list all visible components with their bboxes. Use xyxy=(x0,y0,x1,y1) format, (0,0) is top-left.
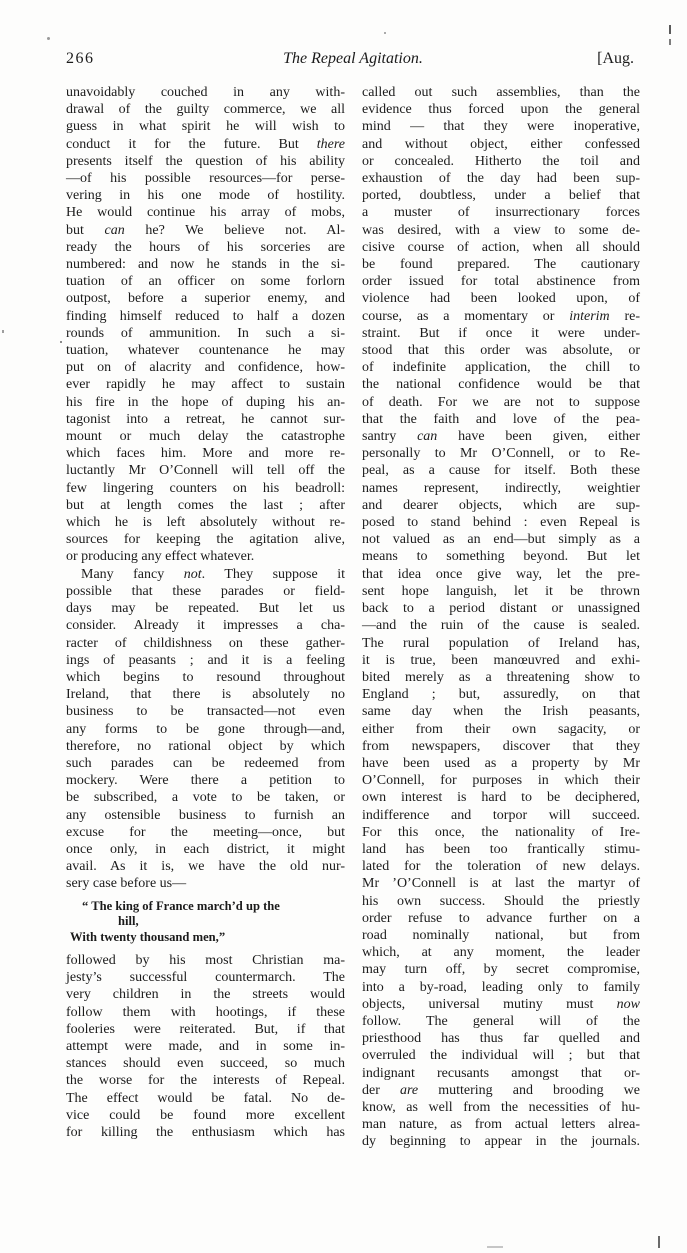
text-line: indifference and torpor will succeed. xyxy=(362,807,640,824)
text-line: tuation of an officer on some forlorn xyxy=(66,273,345,290)
page-title: The Repeal Agitation. xyxy=(66,50,640,68)
text-line: any forms to be gone through—and, xyxy=(66,721,345,738)
text-line: man nature, as from actual letters alrea… xyxy=(362,1116,640,1133)
text-line: few lingering counters on his beadroll: xyxy=(66,480,345,497)
text-line: and without object, either confessed xyxy=(362,136,640,153)
text-line: of indefinite application, the chill to xyxy=(362,359,640,376)
text-line: tuation, whatever countenance he may xyxy=(66,342,345,359)
scan-artifact xyxy=(669,39,671,45)
text-line: cisive course of action, when all should xyxy=(362,239,640,256)
text-line: The rural population of Ireland has, xyxy=(362,635,640,652)
text-line: a muster of insurrectionary forces xyxy=(362,204,640,221)
scanned-page: 266 The Repeal Agitation. [Aug. unavoida… xyxy=(0,0,687,1253)
text-line: called out such assemblies, than the xyxy=(362,84,640,101)
text-line: business to be transacted—not even xyxy=(66,703,345,720)
text-line: guess in what spirit he will wish to xyxy=(66,118,345,135)
text-line: his own success. Should the priestly xyxy=(362,893,640,910)
scan-artifact xyxy=(2,330,4,333)
text-line: conduct it for the future. But there xyxy=(66,136,345,153)
text-line: “ The king of France march’d up the xyxy=(66,899,345,915)
text-line: With twenty thousand men,” xyxy=(66,930,345,946)
text-line: the worse for the interests of Repeal. xyxy=(66,1072,345,1089)
text-line: land has been too frantically stimu- xyxy=(362,841,640,858)
text-line: followed by his most Christian ma- xyxy=(66,952,345,969)
text-line: outpost, before a superior enemy, and xyxy=(66,290,345,307)
text-line: follow. The general will of the xyxy=(362,1013,640,1030)
text-line: ever rapidly he may affect to sustain xyxy=(66,376,345,393)
text-line: it is true, been manœuvred and exhi- xyxy=(362,652,640,669)
text-line: tagonist into a retreat, he cannot sur- xyxy=(66,411,345,428)
text-line: that idea once give way, let the pre- xyxy=(362,566,640,583)
text-line: therefore, no rational object by which xyxy=(66,738,345,755)
text-line: drawal of the guilty commerce, we all xyxy=(66,101,345,118)
text-line: any ostensible business to furnish an xyxy=(66,807,345,824)
text-line: have been used as a property by Mr xyxy=(362,755,640,772)
text-line: vering in his one mode of hostility. xyxy=(66,187,345,204)
text-line: O’Connell, for purposes in which their xyxy=(362,772,640,789)
text-line: Many fancy not. They suppose it xyxy=(66,566,345,583)
text-line: order issued for total abstinence from xyxy=(362,273,640,290)
text-line: dy beginning to appear in the journals. xyxy=(362,1133,640,1150)
text-line: violence had been looked upon, of xyxy=(362,290,640,307)
text-line: priesthood has thus far quelled and xyxy=(362,1030,640,1047)
text-line: means to something beyond. But let xyxy=(362,548,640,565)
text-line: ings of peasants ; and it is a feeling xyxy=(66,652,345,669)
text-line: objects, universal mutiny must now xyxy=(362,996,640,1013)
text-line: bited merely as a threatening show to xyxy=(362,669,640,686)
text-line: either from their own sagacity, or xyxy=(362,721,640,738)
text-line: luctantly Mr O’Connell will tell off the xyxy=(66,462,345,479)
text-line: not valued as an end—but simply as a xyxy=(362,531,640,548)
text-line: course, as a momentary or interim re- xyxy=(362,308,640,325)
text-line: road nominally national, but from xyxy=(362,927,640,944)
text-line: stances should even succeed, so much xyxy=(66,1055,345,1072)
scan-artifact xyxy=(60,341,62,343)
text-line: For this once, the nationality of Ire- xyxy=(362,824,640,841)
text-line: be subscribed, a vote to be taken, or xyxy=(66,789,345,806)
verse-quote: “ The king of France march’d up thehill,… xyxy=(66,899,345,946)
text-line: may turn off, by secret compromise, xyxy=(362,961,640,978)
text-line: England ; but, assuredly, on that xyxy=(362,686,640,703)
text-line: for killing the enthusiasm which has xyxy=(66,1124,345,1141)
text-line: —of his possible resources—for perse- xyxy=(66,170,345,187)
text-line: avail. As it is, we have the old nur- xyxy=(66,858,345,875)
text-line: Ireland, that there is absolutely no xyxy=(66,686,345,703)
text-line: presents itself the question of his abil… xyxy=(66,153,345,170)
text-line: vice could be found more excellent xyxy=(66,1107,345,1124)
text-line: —and the ruin of the cause is sealed. xyxy=(362,617,640,634)
text-line: sery case before us— xyxy=(66,875,345,892)
text-line: was desired, with a view to some de- xyxy=(362,222,640,239)
text-line: his fire in the hope of duping his an- xyxy=(66,394,345,411)
text-line: personally to Mr O’Connell, or to Re- xyxy=(362,445,640,462)
text-line: peal, as a cause for itself. Both these xyxy=(362,462,640,479)
text-line: evidence thus forced upon the general xyxy=(362,101,640,118)
column-right: called out such assemblies, than theevid… xyxy=(362,84,640,1151)
text-line: which begins to resound throughout xyxy=(66,669,345,686)
text-line: and dearer objects, which are sup- xyxy=(362,497,640,514)
text-line: unavoidably couched in any with- xyxy=(66,84,345,101)
text-line: ported, doubtless, under a belief that xyxy=(362,187,640,204)
text-line: He would continue his array of mobs, xyxy=(66,204,345,221)
text-line: sent hope languish, let it be thrown xyxy=(362,583,640,600)
paragraph: Many fancy not. They suppose itpossible … xyxy=(66,566,345,893)
text-line: the national confidence would be that xyxy=(362,376,640,393)
page-header: 266 The Repeal Agitation. [Aug. xyxy=(66,50,640,70)
text-line: such parades can be redeemed from xyxy=(66,755,345,772)
text-line: numbered: and now he stands in the si- xyxy=(66,256,345,273)
paragraph: followed by his most Christian ma-jesty’… xyxy=(66,952,345,1141)
text-line: excuse for the meeting—once, but xyxy=(66,824,345,841)
text-line: once only, in each district, it might xyxy=(66,841,345,858)
text-line: rounds of ammunition. In such a si- xyxy=(66,325,345,342)
text-line: same day when the Irish peasants, xyxy=(362,703,640,720)
text-line: stood that this order was absolute, or xyxy=(362,342,640,359)
text-line: which he is left absolutely without re- xyxy=(66,514,345,531)
text-line: indignant recusants amongst that or- xyxy=(362,1065,640,1082)
text-line: own interest is hard to be deciphered, xyxy=(362,789,640,806)
text-line: mind — that they were inoperative, xyxy=(362,118,640,135)
text-line: overruled the individual will ; but that xyxy=(362,1047,640,1064)
text-line: santry can have been given, either xyxy=(362,428,640,445)
text-line: lated for the toleration of new delays. xyxy=(362,858,640,875)
text-line: back to a period distant or unassigned xyxy=(362,600,640,617)
text-line: into a by-road, leading only to family xyxy=(362,979,640,996)
text-line: order refuse to advance further on a xyxy=(362,910,640,927)
paragraph: called out such assemblies, than theevid… xyxy=(362,84,640,1151)
text-line: but can he? We believe not. Al- xyxy=(66,222,345,239)
paragraph: unavoidably couched in any with-drawal o… xyxy=(66,84,345,566)
text-line: be found prepared. The cautionary xyxy=(362,256,640,273)
text-line: sources for keeping the agitation alive, xyxy=(66,531,345,548)
date-marker: [Aug. xyxy=(597,50,634,68)
text-line: or producing any effect whatever. xyxy=(66,548,345,565)
text-line: posed to stand behind : even Repeal is xyxy=(362,514,640,531)
text-line: names represent, indirectly, weightier xyxy=(362,480,640,497)
text-line: which, at any moment, the leader xyxy=(362,944,640,961)
text-line: from newspapers, discover that they xyxy=(362,738,640,755)
text-line: racter of childishness on these gather- xyxy=(66,635,345,652)
text-line: which faces him. More and more re- xyxy=(66,445,345,462)
scan-artifact xyxy=(384,32,386,34)
text-line: The effect would be fatal. No de- xyxy=(66,1090,345,1107)
column-left: unavoidably couched in any with-drawal o… xyxy=(66,84,345,1141)
text-line: days may be repeated. But let us xyxy=(66,600,345,617)
text-line: der are muttering and brooding we xyxy=(362,1082,640,1099)
text-line: hill, xyxy=(66,914,345,930)
text-line: follow them with hootings, if these xyxy=(66,1004,345,1021)
text-line: jesty’s successful countermarch. The xyxy=(66,969,345,986)
text-line: or concealed. Hitherto the toil and xyxy=(362,153,640,170)
text-line: straint. But if once it were under- xyxy=(362,325,640,342)
text-line: mount or much delay the catastrophe xyxy=(66,428,345,445)
scan-artifact xyxy=(669,25,671,34)
text-line: attempt were made, and in some in- xyxy=(66,1038,345,1055)
text-line: know, as well from the necessities of hu… xyxy=(362,1099,640,1116)
text-line: possible that these parades or field- xyxy=(66,583,345,600)
text-line: finding himself reduced to half a dozen xyxy=(66,308,345,325)
text-line: very children in the streets would xyxy=(66,986,345,1003)
scan-artifact xyxy=(487,1246,503,1248)
text-line: of death. For we are not to suppose xyxy=(362,394,640,411)
scan-artifact xyxy=(658,1236,660,1248)
text-line: fooleries were reiterated. But, if that xyxy=(66,1021,345,1038)
text-line: but at length comes the last ; after xyxy=(66,497,345,514)
text-line: consider. Already it impresses a cha- xyxy=(66,617,345,634)
scan-artifact xyxy=(47,37,50,40)
text-line: exhaustion of the day had been sup- xyxy=(362,170,640,187)
text-line: that the faith and love of the pea- xyxy=(362,411,640,428)
text-line: put on of alacrity and confidence, how- xyxy=(66,359,345,376)
text-line: ready the hours of his sorceries are xyxy=(66,239,345,256)
text-line: mockery. Were there a petition to xyxy=(66,772,345,789)
text-line: Mr ’O’Connell is at last the martyr of xyxy=(362,875,640,892)
